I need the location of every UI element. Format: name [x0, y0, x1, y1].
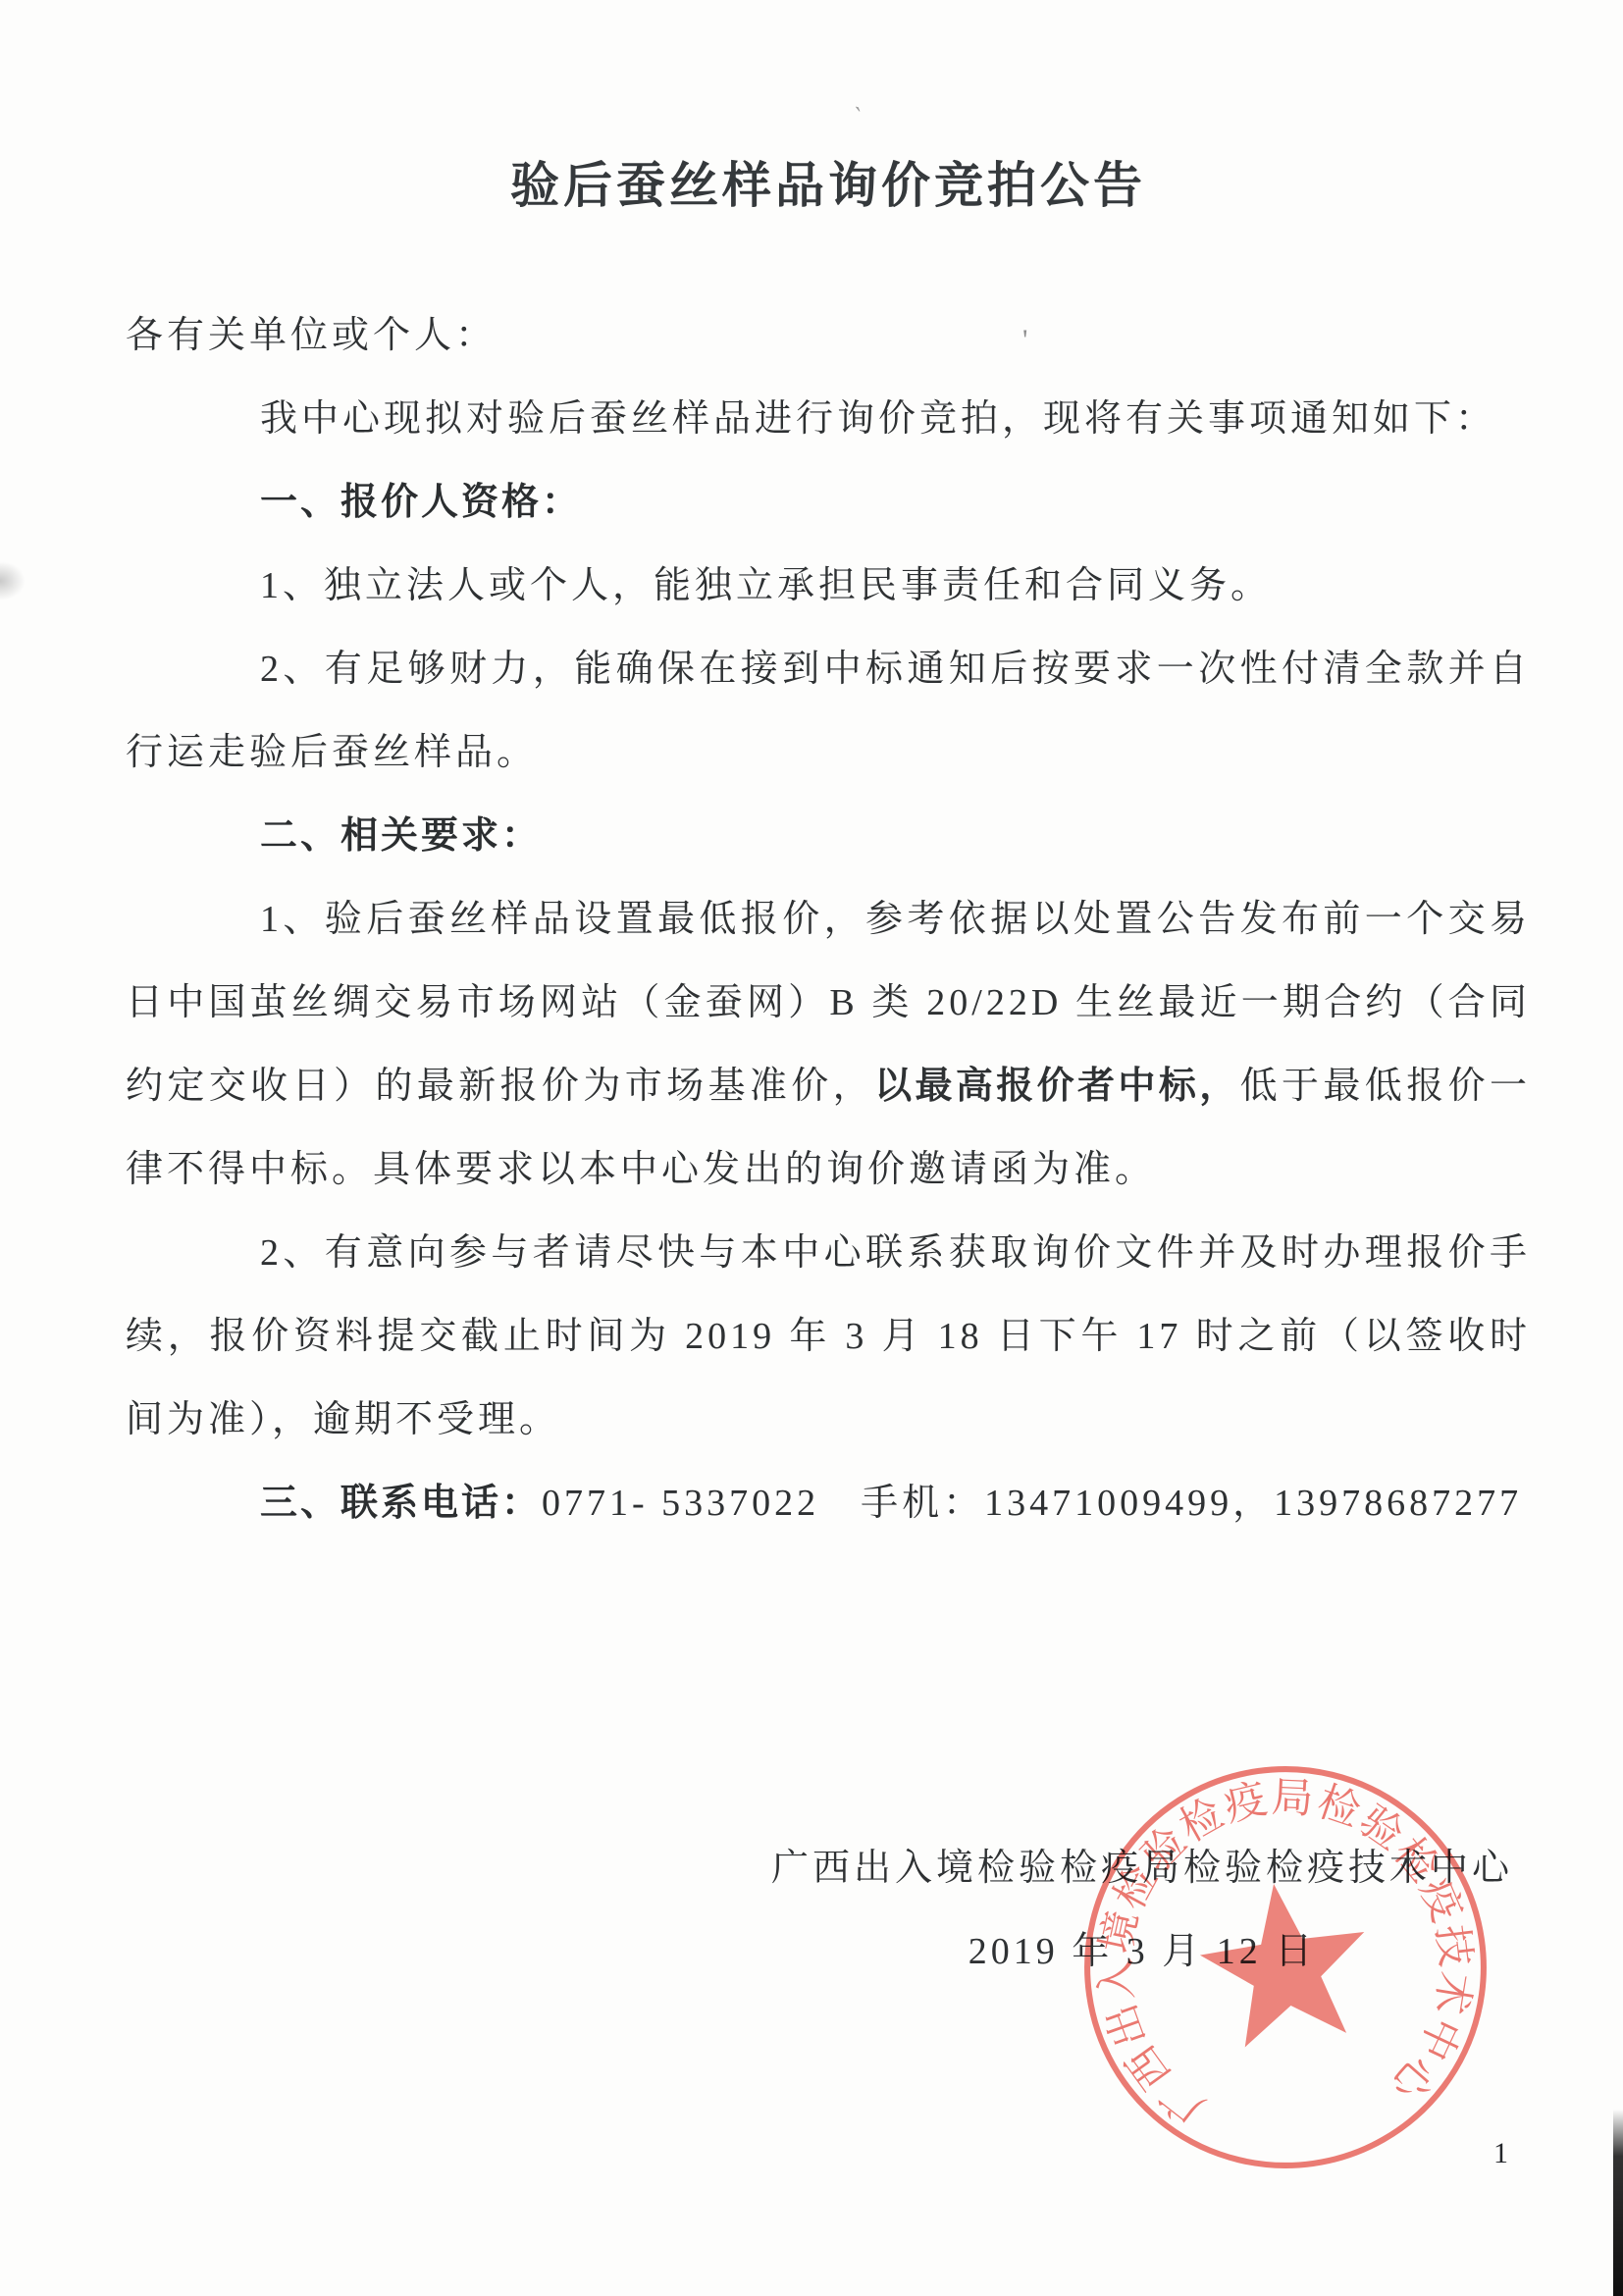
- section1-item1: 1、独立法人或个人，能独立承担民事责任和合同义务。: [126, 545, 1531, 628]
- contact-phones: 0771- 5337022 手机：13471009499，13978687277: [542, 1483, 1522, 1524]
- section3-heading: 三、联系电话：: [260, 1483, 542, 1524]
- scan-edge-shadow: [1613, 2110, 1623, 2296]
- section2-item1: 1、验后蚕丝样品设置最低报价，参考依据以处置公告发布前一个交易日中国茧丝绸交易市…: [126, 878, 1531, 1212]
- section2-item1-emphasis: 以最高报价者中标，: [874, 1066, 1240, 1107]
- page-title: 验后蚕丝样品询价竞拍公告: [126, 145, 1531, 226]
- section3-line: 三、联系电话：0771- 5337022 手机：13471009499，1397…: [126, 1462, 1531, 1545]
- signature-block: 广西出入境检验检疫局检验检疫技术中心 2019 年 3 月 12 日: [126, 1827, 1531, 1994]
- signature-org: 广西出入境检验检疫局检验检疫技术中心: [771, 1827, 1513, 1910]
- salutation: 各有关单位或个人：: [126, 294, 1531, 378]
- page-number: 1: [1493, 2137, 1508, 2170]
- signature-inner: 广西出入境检验检疫局检验检疫技术中心 2019 年 3 月 12 日: [771, 1827, 1513, 1994]
- document-page: 验后蚕丝样品询价竞拍公告 各有关单位或个人： 我中心现拟对验后蚕丝样品进行询价竞…: [0, 0, 1623, 2296]
- signature-date: 2019 年 3 月 12 日: [771, 1910, 1513, 1994]
- section1-heading: 一、报价人资格：: [126, 461, 1531, 545]
- section2-heading: 二、相关要求：: [126, 795, 1531, 878]
- scan-speck-top: `: [848, 101, 864, 131]
- section1-item2: 2、有足够财力，能确保在接到中标通知后按要求一次性付清全款并自行运走验后蚕丝样品…: [126, 628, 1531, 795]
- scan-smudge-left: [0, 561, 26, 600]
- intro-paragraph: 我中心现拟对验后蚕丝样品进行询价竞拍，现将有关事项通知如下：: [126, 378, 1531, 461]
- document-body: 验后蚕丝样品询价竞拍公告 各有关单位或个人： 我中心现拟对验后蚕丝样品进行询价竞…: [126, 145, 1531, 1545]
- section2-item2: 2、有意向参与者请尽快与本中心联系获取询价文件并及时办理报价手续，报价资料提交截…: [126, 1212, 1531, 1462]
